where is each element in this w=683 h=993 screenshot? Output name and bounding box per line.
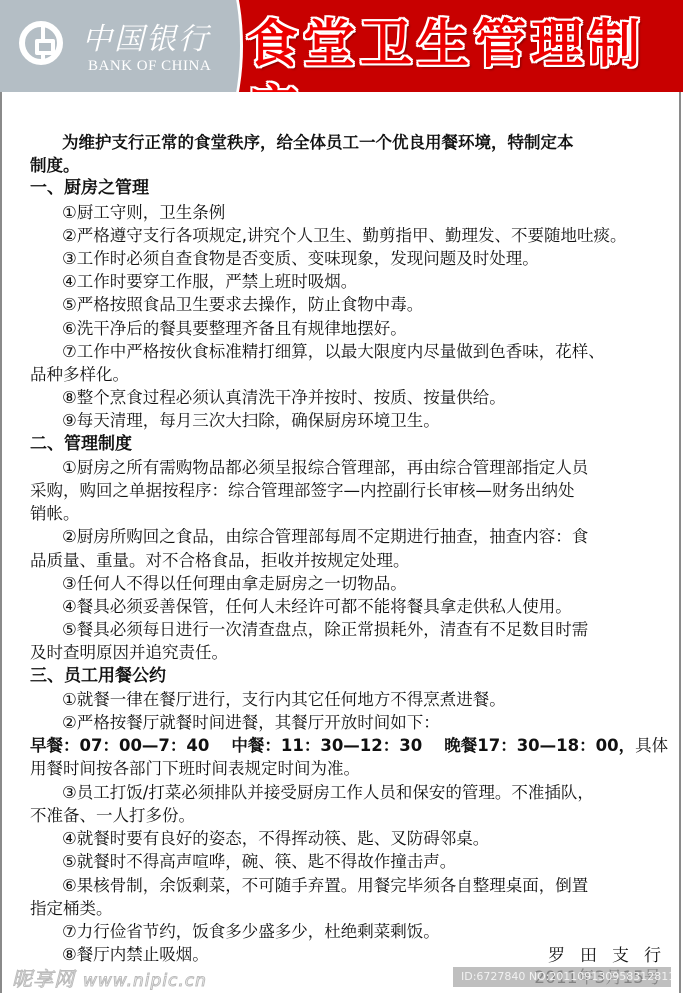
lunch-time: 中餐：11：30—12：30 (231, 736, 422, 755)
list-item: ⑧整个烹食过程必须认真清洗干净并按时、按质、按量供给。 (30, 386, 660, 409)
meal-times-note: 用餐时间按各部门下班时间表规定时间为准。 (30, 757, 660, 780)
logo-bar-bottom (41, 51, 45, 61)
logo-bar-top (41, 25, 45, 39)
list-item: ⑤餐具必须每日进行一次清查盘点，除正常损耗外，清查有不足数目时需 (30, 618, 660, 641)
page-title: 食堂卫生管理制度 (246, 12, 683, 92)
intro-line-1: 为维护支行正常的食堂秩序，给全体员工一个优良用餐环境，特制定本 (30, 131, 660, 154)
list-item: ①厨房之所有需购物品都必须呈报综合管理部，再由综合管理部指定人员 (30, 456, 660, 479)
list-item: ②严格按餐厅就餐时间进餐，其餐厅开放时间如下： (30, 711, 660, 734)
header-banner: 中国银行 BANK OF CHINA 食堂卫生管理制度 (0, 0, 683, 92)
list-item: ⑦工作中严格按伙食标准精打细算，以最大限度内尽量做到色香味，花样、 (30, 340, 660, 363)
list-item: ①厨工守则，卫生条例 (30, 201, 660, 224)
list-item: ④工作时要穿工作服，严禁上班时吸烟。 (30, 270, 660, 293)
list-item: ⑤严格按照食品卫生要求去操作，防止食物中毒。 (30, 293, 660, 316)
list-item: ③员工打饭/打菜必须排队并接受厨房工作人员和保安的管理。不准插队， (30, 781, 660, 804)
section-heading-kitchen: 一、厨房之管理 (30, 177, 660, 200)
list-item-continuation: 采购，购回之单据按程序：综合管理部签字—内控副行长审核—财务出纳处 (30, 479, 660, 502)
site-logo-text: 昵享网 (12, 967, 75, 991)
list-item: ②严格遵守支行各项规定,讲究个人卫生、勤剪指甲、勤理发、不要随地吐痰。 (30, 224, 660, 247)
list-item-continuation: 品质量、重量。对不合格食品，拒收并按规定处理。 (30, 549, 660, 572)
list-item: ⑤就餐时不得高声喧哗，碗、筷、匙不得故作撞击声。 (30, 850, 660, 873)
list-item-continuation: 销帐。 (30, 502, 660, 525)
bank-name-en: BANK OF CHINA (88, 58, 211, 75)
list-item: ⑨每天清理，每月三次大扫除，确保厨房环境卫生。 (30, 409, 660, 432)
section-heading-management: 二、管理制度 (30, 433, 660, 456)
site-url-text: www.nipic.cn (83, 971, 207, 991)
meal-times-line: 早餐：07：00—7：40中餐：11：30—12：30晚餐17：30—18：00… (30, 734, 660, 757)
list-item: ⑥洗干净后的餐具要整理齐备且有规律地摆好。 (30, 317, 660, 340)
list-item: ③工作时必须自查食物是否变质、变味现象，发现问题及时处理。 (30, 247, 660, 270)
list-item: ④餐具必须妥善保管，任何人未经许可都不能将餐具拿走供私人使用。 (30, 595, 660, 618)
breakfast-time: 早餐：07：00—7：40 (30, 736, 209, 755)
section-heading-dining-rules: 三、员工用餐公约 (30, 665, 660, 688)
document-body: 为维护支行正常的食堂秩序，给全体员工一个优良用餐环境，特制定本 制度。 一、厨房… (30, 131, 660, 966)
bank-name-cn: 中国银行 (82, 14, 210, 58)
list-item-continuation: 品种多样化。 (30, 363, 660, 386)
list-item: ①就餐一律在餐厅进行，支行内其它任何地方不得烹煮进餐。 (30, 688, 660, 711)
meal-times-tail: 具体 (635, 736, 668, 755)
list-item: ⑥果核骨制，余饭剩菜，不可随手弃置。用餐完毕须各自整理桌面，倒置 (30, 874, 660, 897)
intro-line-2: 制度。 (30, 154, 660, 177)
site-watermark: 昵享网www.nipic.cn (12, 963, 207, 992)
list-item: ④就餐时要有良好的姿态，不得挥动筷、匙、叉防碍邻桌。 (30, 827, 660, 850)
bank-of-china-logo-icon (19, 21, 63, 65)
image-id-watermark: ID:6727840 NO:20110913095831281149 (453, 967, 671, 987)
list-item-continuation: 指定桶类。 (30, 897, 660, 920)
list-item: ②厨房所购回之食品，由综合管理部每周不定期进行抽查，抽查内容：食 (30, 525, 660, 548)
list-item: ⑦力行俭省节约，饭食多少盛多少，杜绝剩菜剩饭。 (30, 920, 660, 943)
list-item-continuation: 不准备、一人打多份。 (30, 804, 660, 827)
logo-square (35, 39, 55, 55)
dinner-time: 晚餐17：30—18：00， (444, 736, 635, 755)
branch-name: 罗田支行 (534, 945, 676, 967)
list-item-continuation: 及时查明原因并追究责任。 (30, 641, 660, 664)
list-item: ③任何人不得以任何理由拿走厨房之一切物品。 (30, 572, 660, 595)
